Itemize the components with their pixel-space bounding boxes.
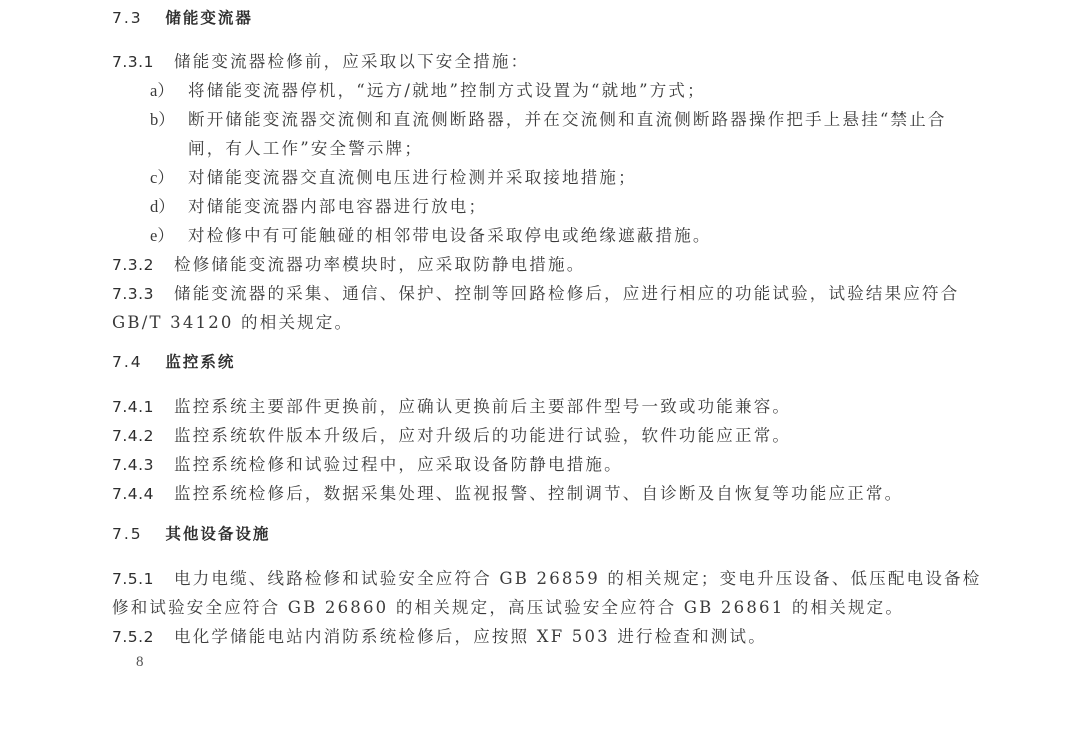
clause-text: 监控系统软件版本升级后，应对升级后的功能进行试验，软件功能应正常。	[174, 426, 791, 445]
document-page: 7.3 储能变流器 7.3.1储能变流器检修前，应采取以下安全措施： a）将储能…	[0, 0, 1080, 731]
clause-text: 电力电缆、线路检修和试验安全应符合 GB 26859 的相关规定；变电升压设备、…	[174, 569, 981, 588]
clause-number: 7.3.2	[112, 256, 174, 274]
page-number: 8	[136, 654, 144, 671]
clause-text: 监控系统检修和试验过程中，应采取设备防静电措施。	[174, 455, 623, 474]
clause-number: 7.4.4	[112, 485, 174, 503]
section-title: 监控系统	[165, 353, 235, 371]
clause-text: 检修储能变流器功率模块时，应采取防静电措施。	[174, 255, 585, 274]
clause-text: 储能变流器的采集、通信、保护、控制等回路检修后，应进行相应的功能试验，试验结果应…	[174, 284, 959, 303]
list-item-c: c）对储能变流器交直流侧电压进行检测并采取接地措施；	[150, 164, 637, 188]
clause-7-3-1: 7.3.1储能变流器检修前，应采取以下安全措施：	[112, 48, 529, 72]
item-letter: d）	[150, 193, 188, 217]
clause-number: 7.4.1	[112, 398, 174, 416]
clause-7-3-3-continuation: GB/T 34120 的相关规定。	[112, 309, 353, 333]
section-number: 7.4	[112, 353, 158, 371]
clause-text: 监控系统检修后，数据采集处理、监视报警、控制调节、自诊断及自恢复等功能应正常。	[174, 484, 903, 503]
clause-number: 7.4.2	[112, 427, 174, 445]
clause-7-5-2: 7.5.2电化学储能电站内消防系统检修后，应按照 XF 503 进行检查和测试。	[112, 623, 767, 647]
section-title: 储能变流器	[165, 9, 253, 27]
clause-text: 监控系统主要部件更换前，应确认更换前后主要部件型号一致或功能兼容。	[174, 397, 791, 416]
section-number: 7.3	[112, 9, 158, 27]
clause-text: 储能变流器检修前，应采取以下安全措施：	[174, 52, 529, 71]
clause-number: 7.3.1	[112, 53, 174, 71]
item-text: 将储能变流器停机，“远方/就地”控制方式设置为“就地”方式；	[188, 81, 706, 100]
item-text: 对检修中有可能触碰的相邻带电设备采取停电或绝缘遮蔽措施。	[188, 226, 712, 245]
section-number: 7.5	[112, 525, 158, 543]
clause-number: 7.5.2	[112, 628, 174, 646]
clause-7-3-3: 7.3.3储能变流器的采集、通信、保护、控制等回路检修后，应进行相应的功能试验，…	[112, 280, 959, 304]
item-letter: a）	[150, 77, 188, 101]
clause-7-4-1: 7.4.1监控系统主要部件更换前，应确认更换前后主要部件型号一致或功能兼容。	[112, 393, 791, 417]
item-text: 对储能变流器内部电容器进行放电；	[188, 197, 487, 216]
item-text: 对储能变流器交直流侧电压进行检测并采取接地措施；	[188, 168, 637, 187]
clause-7-4-3: 7.4.3监控系统检修和试验过程中，应采取设备防静电措施。	[112, 451, 623, 475]
clause-7-4-2: 7.4.2监控系统软件版本升级后，应对升级后的功能进行试验，软件功能应正常。	[112, 422, 791, 446]
list-item-b: b）断开储能变流器交流侧和直流侧断路器，并在交流侧和直流侧断路器操作把手上悬挂“…	[150, 106, 947, 130]
clause-7-5-1-continuation: 修和试验安全应符合 GB 26860 的相关规定，高压试验安全应符合 GB 26…	[112, 594, 904, 618]
item-letter: c）	[150, 164, 188, 188]
clause-number: 7.3.3	[112, 285, 174, 303]
section-heading-7-5: 7.5 其他设备设施	[112, 522, 270, 544]
clause-number: 7.5.1	[112, 570, 174, 588]
clause-text: 电化学储能电站内消防系统检修后，应按照 XF 503 进行检查和测试。	[174, 627, 767, 646]
section-title: 其他设备设施	[165, 525, 270, 543]
list-item-a: a）将储能变流器停机，“远方/就地”控制方式设置为“就地”方式；	[150, 77, 706, 101]
clause-number: 7.4.3	[112, 456, 174, 474]
item-letter: b）	[150, 106, 188, 130]
item-letter: e）	[150, 222, 188, 246]
section-heading-7-3: 7.3 储能变流器	[112, 6, 253, 28]
clause-7-5-1: 7.5.1电力电缆、线路检修和试验安全应符合 GB 26859 的相关规定；变电…	[112, 565, 981, 589]
clause-7-4-4: 7.4.4监控系统检修后，数据采集处理、监视报警、控制调节、自诊断及自恢复等功能…	[112, 480, 903, 504]
list-item-d: d）对储能变流器内部电容器进行放电；	[150, 193, 487, 217]
item-text: 断开储能变流器交流侧和直流侧断路器，并在交流侧和直流侧断路器操作把手上悬挂“禁止…	[188, 110, 947, 129]
section-heading-7-4: 7.4 监控系统	[112, 350, 235, 372]
clause-7-3-2: 7.3.2检修储能变流器功率模块时，应采取防静电措施。	[112, 251, 585, 275]
list-item-b-continuation: 闸，有人工作”安全警示牌；	[188, 135, 423, 159]
list-item-e: e）对检修中有可能触碰的相邻带电设备采取停电或绝缘遮蔽措施。	[150, 222, 712, 246]
